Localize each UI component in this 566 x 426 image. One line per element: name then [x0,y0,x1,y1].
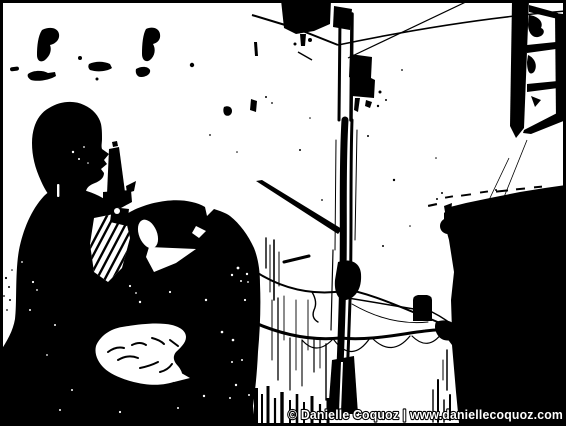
watermark-text: © Danielle Coquoz | www.daniellecoquoz.c… [288,407,563,422]
photo: © Danielle Coquoz | www.daniellecoquoz.c… [0,0,566,426]
utility-pole-base [328,356,358,414]
electrical-box [413,295,432,321]
photo-scene: © Danielle Coquoz | www.daniellecoquoz.c… [0,0,566,426]
